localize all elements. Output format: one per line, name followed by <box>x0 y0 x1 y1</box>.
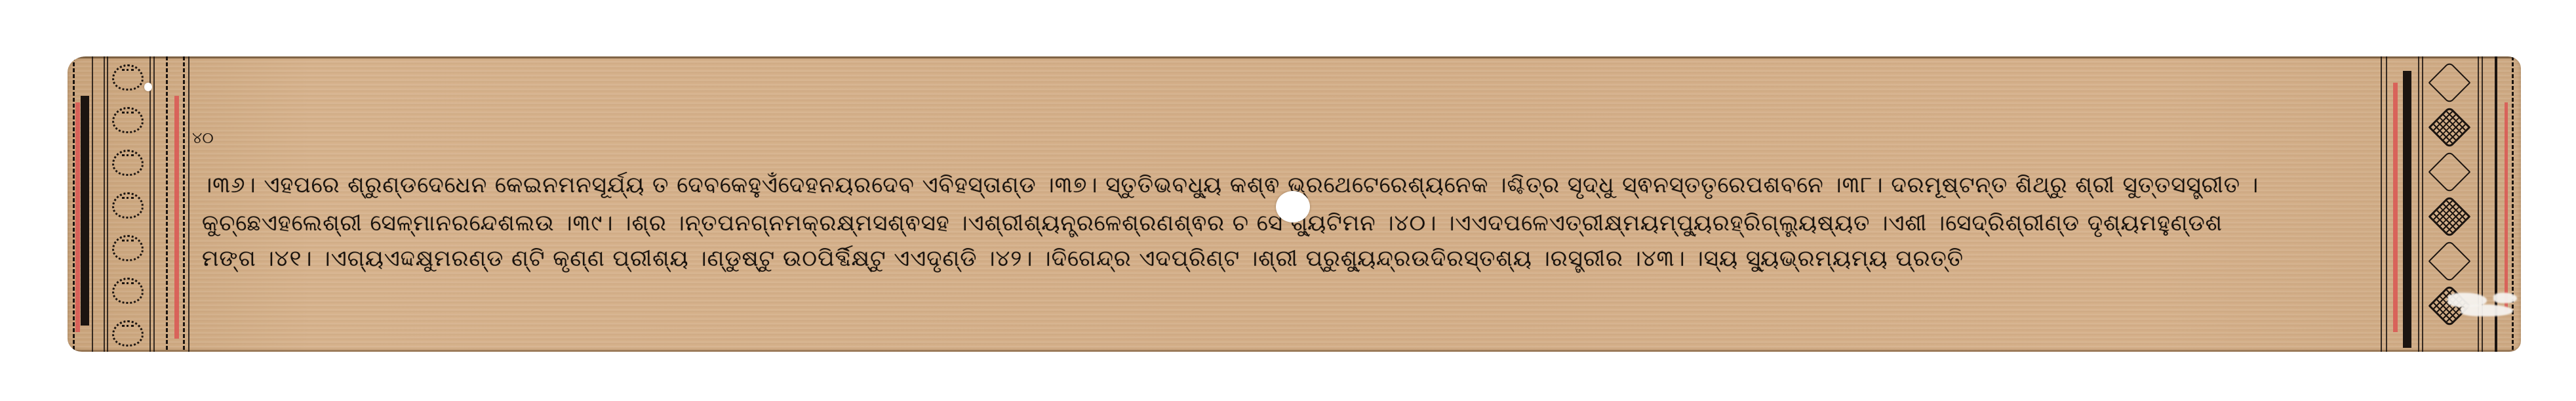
left-border-rule <box>92 56 93 352</box>
left-red-rule <box>75 102 80 332</box>
right-red-rule <box>2393 83 2398 332</box>
left-border-rule <box>153 56 155 352</box>
right-red-rule <box>2505 102 2508 312</box>
cloud-motif-icon <box>112 192 144 219</box>
small-hole <box>144 83 152 91</box>
right-border-rule <box>2422 56 2423 352</box>
cloud-motif-icon <box>112 235 144 261</box>
cloud-motif-icon <box>112 64 144 91</box>
left-border-rule <box>188 56 189 352</box>
left-border-rule <box>104 56 105 352</box>
right-border-rule <box>2512 56 2514 352</box>
folio-number: ୪୦ <box>192 129 214 147</box>
leaf-damage-spot <box>2493 293 2517 303</box>
right-border-rule <box>2381 56 2382 352</box>
left-red-rule <box>174 96 179 339</box>
left-border-rule <box>166 56 168 352</box>
leaf-damage-spot <box>2461 305 2513 316</box>
cloud-motif-icon <box>112 150 144 176</box>
right-border-rule <box>2386 56 2387 352</box>
binding-hole <box>1276 191 1310 222</box>
hatched-diamond-motif-icon <box>2428 195 2470 238</box>
right-black-band <box>2403 71 2411 348</box>
manuscript-line-3: ମଙ୍ଗ ।୪୧। ।ଏଗ୍ୟଏଦ୍ଦକ୍ଷୁମରଣ୍ଡ ଣ୍ଟି କୃଣ୍ଣ … <box>202 240 2379 277</box>
cloud-motif-icon <box>112 107 144 133</box>
left-black-band <box>81 96 89 326</box>
left-border-rule <box>183 56 185 352</box>
diamond-motif-icon <box>2428 150 2470 193</box>
cloud-motif-icon <box>112 278 144 304</box>
hatched-diamond-motif-icon <box>2428 106 2470 148</box>
cloud-motif-column <box>108 64 148 347</box>
cloud-motif-icon <box>112 320 144 347</box>
right-border-rule <box>2418 56 2419 352</box>
leaf-top-edge <box>68 56 2521 58</box>
left-border-rule <box>149 56 151 352</box>
diamond-motif-icon <box>2428 61 2470 104</box>
leaf-bottom-edge <box>68 350 2521 352</box>
diamond-motif-icon <box>2428 240 2470 282</box>
left-border-rule <box>73 56 75 352</box>
